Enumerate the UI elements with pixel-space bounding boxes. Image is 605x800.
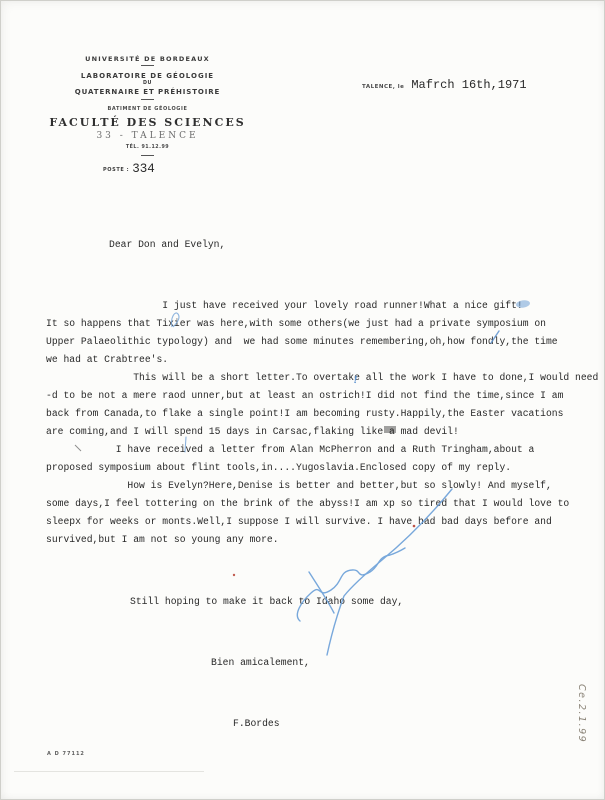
building-line: BATIMENT DE GÉOLOGIE xyxy=(40,106,255,112)
letter-body: Dear Don and Evelyn, I just have receive… xyxy=(46,200,602,769)
letter-line: we had at Crabtree's. xyxy=(46,351,602,369)
letter-line: This will be a short letter.To overtake … xyxy=(46,369,602,387)
letter-page: UNIVERSITÉ DE BORDEAUX LABORATOIRE DE GÉ… xyxy=(0,0,605,800)
poste-number: 334 xyxy=(132,163,155,175)
letter-line: I have received a letter from Alan McPhe… xyxy=(46,441,602,459)
letter-line: are coming,and I will spend 15 days in C… xyxy=(46,423,602,441)
letter-line: sleepx for weeks or monts.Well,I suppose… xyxy=(46,513,602,531)
typed-date: Mafrch 16th,1971 xyxy=(411,79,526,92)
print-code: A D 77112 xyxy=(47,751,85,757)
laboratory-name-line2: DU xyxy=(40,81,255,86)
letter-line: It so happens that Tixier was here,with … xyxy=(46,315,602,333)
letter-line: -d to be not a mere raod unner,but at le… xyxy=(46,387,602,405)
typed-signature: F.Bordes xyxy=(46,715,602,733)
poste-label: POSTE : xyxy=(103,167,129,173)
greeting: Dear Don and Evelyn, xyxy=(46,236,602,254)
university-name: UNIVERSITÉ DE BORDEAUX xyxy=(40,55,255,63)
pre-closing-line: Still hoping to make it back to Idaho so… xyxy=(46,593,602,611)
letter-line: How is Evelyn?Here,Denise is better and … xyxy=(46,477,602,495)
dateline: TALENCE, le Mafrch 16th,1971 xyxy=(362,79,527,92)
poste-extension: POSTE : 334 xyxy=(103,163,155,175)
letter-line: some days,I feel tottering on the brink … xyxy=(46,495,602,513)
scan-artifact xyxy=(14,771,204,772)
letter-line: survived,but I am not so young any more. xyxy=(46,531,602,549)
place-label: TALENCE, le xyxy=(362,84,404,90)
archive-code: Ce.2.1.99 xyxy=(576,684,587,743)
body-lines: I just have received your lovely road ru… xyxy=(46,297,602,549)
closing-line: Bien amicalement, xyxy=(46,654,602,672)
letter-line: I just have received your lovely road ru… xyxy=(46,297,602,315)
laboratory-name-line1: LABORATOIRE DE GÉOLOGIE xyxy=(40,72,255,80)
laboratory-name-line3: QUATERNAIRE ET PRÉHISTOIRE xyxy=(40,88,255,96)
faculty-name: FACULTÉ DES SCIENCES xyxy=(40,116,255,129)
phone-line: TÉL. 91.12.99 xyxy=(40,145,255,150)
letter-line: Upper Palaeolithic typology) and we had … xyxy=(46,333,602,351)
city-line: 33 - TALENCE xyxy=(40,131,255,141)
letter-line: proposed symposium about flint tools,in.… xyxy=(46,459,602,477)
letter-line: back from Canada,to flake a single point… xyxy=(46,405,602,423)
